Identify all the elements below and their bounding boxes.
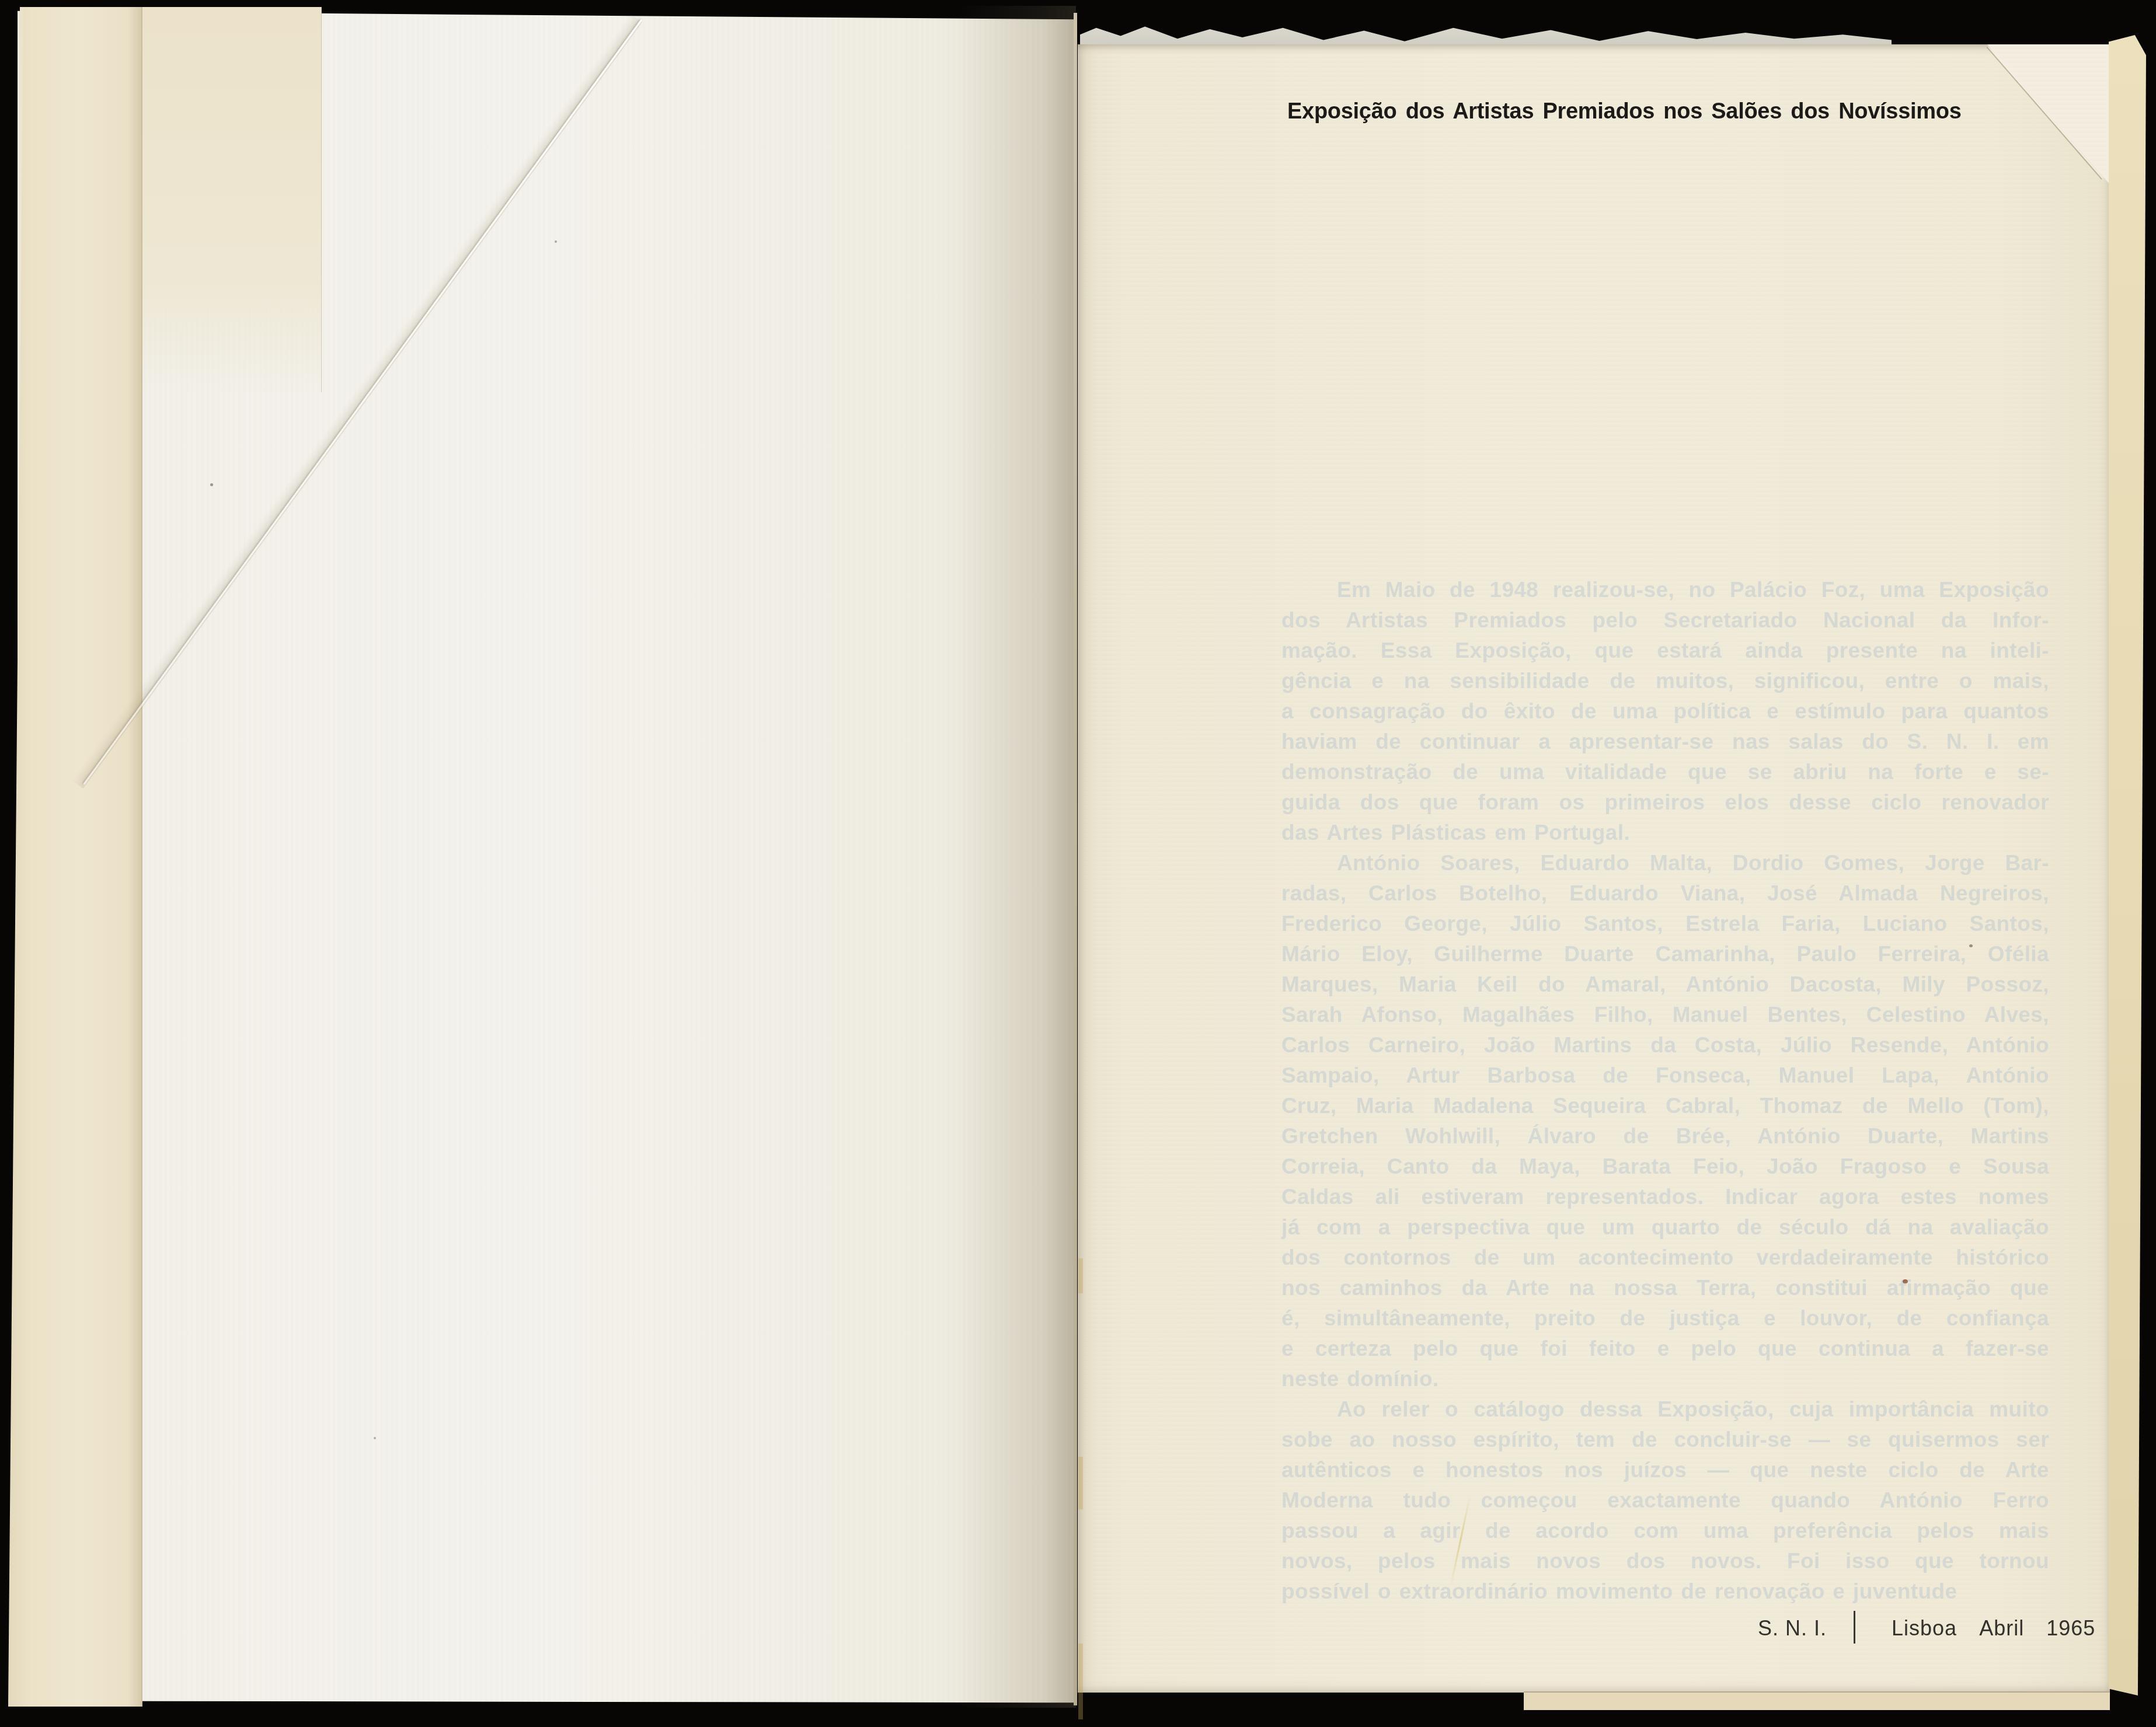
show-through-line: Sarah Afonso, Magalhães Filho, Manuel Be…: [1281, 1000, 2049, 1030]
cover-edge-right: [2109, 35, 2146, 1709]
imprint-line: S. N. I.LisboaAbril1965: [1758, 1611, 2095, 1644]
paper-speck: [555, 240, 557, 243]
gutter-shadow: [957, 6, 1076, 1708]
glue-mark: [1078, 1258, 1083, 1293]
show-through-line: António Soares, Eduardo Malta, Dordio Go…: [1281, 848, 2049, 878]
paper-speck: [374, 1437, 376, 1439]
show-through-line: das Artes Plásticas em Portugal.: [1281, 818, 2049, 848]
show-through-line: Em Maio de 1948 realizou-se, no Palácio …: [1281, 575, 2049, 605]
show-through-line: Carlos Carneiro, João Martins da Costa, …: [1281, 1030, 2049, 1060]
paper-speck: [210, 483, 213, 486]
show-through-line: possível o extraordinário movimento de r…: [1281, 1576, 2049, 1607]
glue-mark: [1078, 1457, 1083, 1509]
show-through-line: Mário Eloy, Guilherme Duarte Camarinha, …: [1281, 939, 2049, 969]
show-through-line: haviam de continuar a apresentar-se nas …: [1281, 727, 2049, 757]
show-through-line: gência e na sensibilidade de muitos, sig…: [1281, 666, 2049, 696]
divider-bar: [1854, 1611, 1855, 1644]
rust-stain: [1903, 1279, 1908, 1283]
show-through-line: autênticos e honestos nos juízos — que n…: [1281, 1455, 2049, 1485]
show-through-line: nos caminhos da Arte na nossa Terra, con…: [1281, 1273, 2049, 1303]
show-through-line: demonstração de uma vitalidade que se ab…: [1281, 757, 2049, 787]
catalog-title: Exposição dos Artistas Premiados nos Sal…: [1287, 99, 1961, 124]
dog-ear-corner: [1987, 44, 2110, 184]
show-through-line: passou a agir de acordo com uma preferên…: [1281, 1516, 2049, 1546]
imprint-city: Lisboa: [1892, 1616, 1957, 1640]
show-through-line: Cruz, Maria Madalena Sequeira Cabral, Th…: [1281, 1091, 2049, 1121]
show-through-line: é, simultâneamente, preito de justiça e …: [1281, 1303, 2049, 1334]
show-through-line: Marques, Maria Keil do Amaral, António D…: [1281, 969, 2049, 1000]
show-through-line: e certeza pelo que foi feito e pelo que …: [1281, 1334, 2049, 1364]
show-through-line: Correia, Canto da Maya, Barata Feio, Joã…: [1281, 1152, 2049, 1182]
cover-edge-bottom: [1524, 1691, 2110, 1710]
show-through-line: já com a perspectiva que um quarto de sé…: [1281, 1212, 2049, 1243]
scanned-spread: Exposição dos Artistas Premiados nos Sal…: [0, 0, 2156, 1727]
show-through-line: novos, pelos mais novos dos novos. Foi i…: [1281, 1546, 2049, 1576]
show-through-line: Gretchen Wohlwill, Álvaro de Brée, Antón…: [1281, 1121, 2049, 1152]
show-through-line: radas, Carlos Botelho, Eduardo Viana, Jo…: [1281, 878, 2049, 909]
torn-deckle-edge: [1080, 20, 1892, 47]
show-through-line: mação. Essa Exposição, que estará ainda …: [1281, 636, 2049, 666]
show-through-line: Moderna tudo começou exactamente quando …: [1281, 1485, 2049, 1516]
gutter-edge-line: [1074, 13, 1077, 1705]
cover-flap-edge: [7, 7, 142, 1707]
imprint-month: Abril: [1979, 1616, 2024, 1640]
show-through-line: Frederico George, Júlio Santos, Estrela …: [1281, 909, 2049, 939]
show-through-line: dos contornos de um acontecimento verdad…: [1281, 1243, 2049, 1273]
show-through-line: sobe ao nosso espírito, tem de concluir-…: [1281, 1425, 2049, 1455]
imprint-publisher: S. N. I.: [1758, 1616, 1827, 1640]
show-through-line: neste domínio.: [1281, 1364, 2049, 1394]
show-through-text: Em Maio de 1948 realizou-se, no Palácio …: [1281, 575, 2049, 1607]
paper-speck: [1969, 944, 1973, 947]
title-page: Exposição dos Artistas Premiados nos Sal…: [1078, 44, 2110, 1693]
show-through-line: guida dos que foram os primeiros elos de…: [1281, 787, 2049, 818]
imprint-year: 1965: [2046, 1616, 2095, 1640]
show-through-line: a consagração do êxito de uma política e…: [1281, 696, 2049, 727]
show-through-line: dos Artistas Premiados pelo Secretariado…: [1281, 605, 2049, 636]
show-through-line: Sampaio, Artur Barbosa de Fonseca, Manue…: [1281, 1060, 2049, 1091]
show-through-line: Ao reler o catálogo dessa Exposição, cuj…: [1281, 1394, 2049, 1425]
glue-mark: [1078, 1644, 1083, 1719]
show-through-line: Caldas ali estiveram representados. Indi…: [1281, 1182, 2049, 1212]
